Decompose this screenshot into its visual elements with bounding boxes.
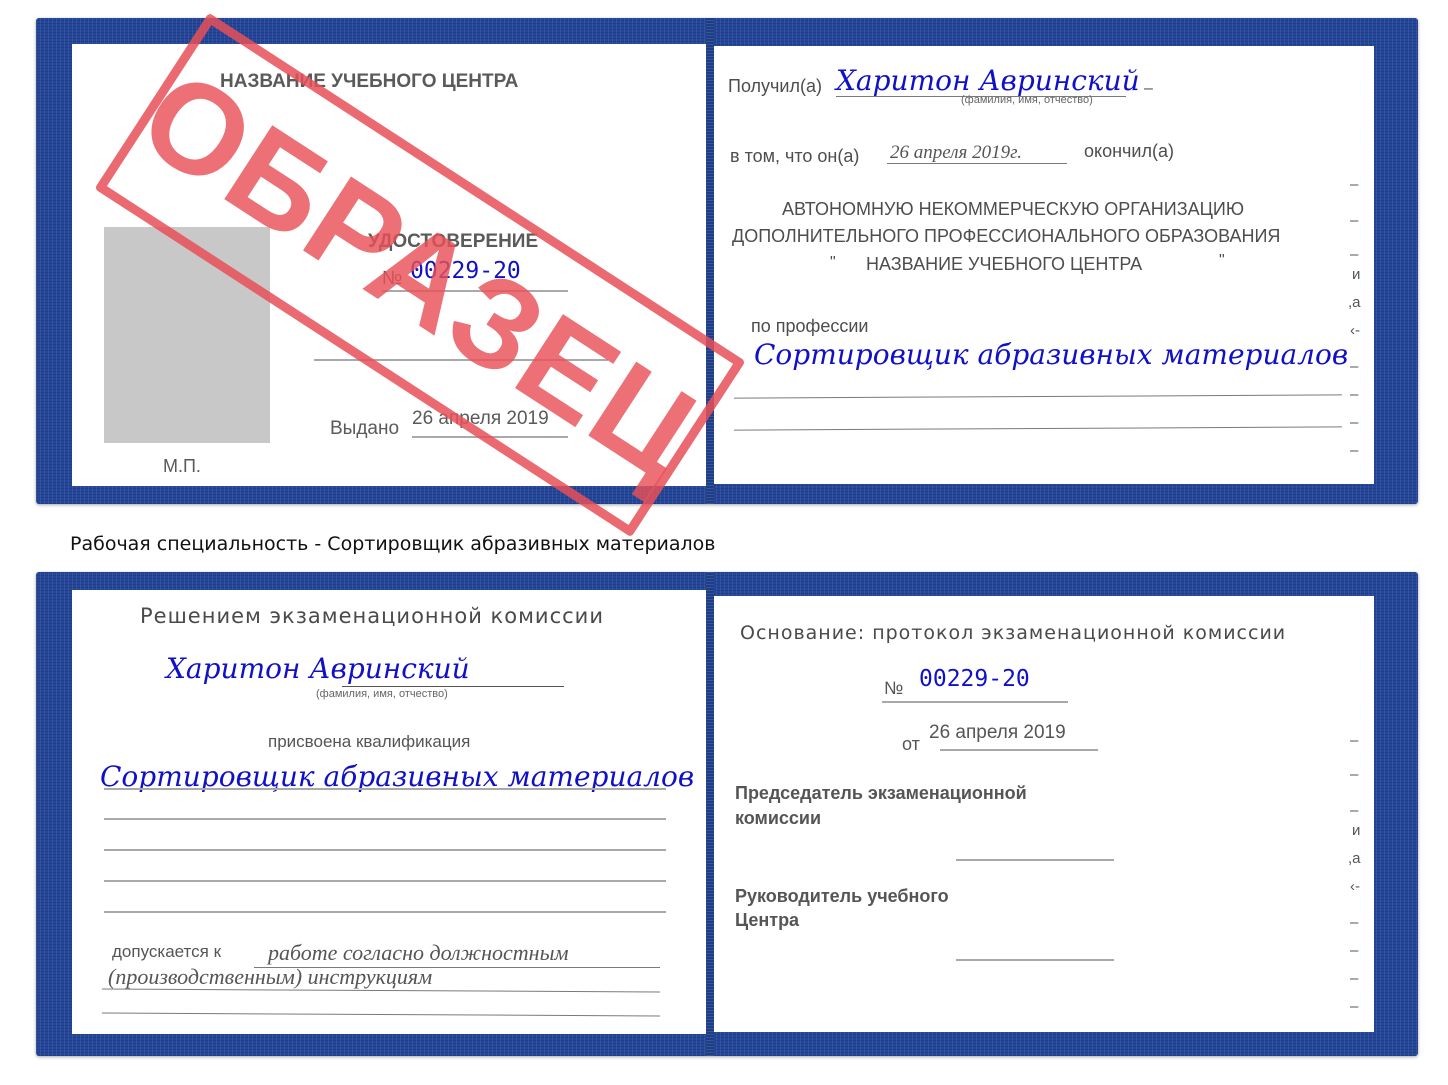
admitted-line-2: (производственным) инструкциям xyxy=(108,964,432,990)
org-line-3-open-quote: " xyxy=(830,254,836,272)
qualification-underline-3 xyxy=(104,849,666,851)
profession-underline-1 xyxy=(734,394,1342,398)
bottom-left-page: Решением экзаменационной комиссии Харито… xyxy=(72,590,706,1034)
protocol-number: 00229-20 xyxy=(919,666,1030,692)
profession-underline-2 xyxy=(734,426,1342,430)
received-label: Получил(а) xyxy=(728,76,822,97)
chairman-signature-line xyxy=(956,859,1114,861)
head-signature-line xyxy=(956,959,1114,961)
qualification-label: присвоена квалификация xyxy=(268,732,470,752)
issued-date: 26 апреля 2019 xyxy=(412,408,549,430)
bottom-booklet-spine xyxy=(706,572,714,1056)
org-line-3: НАЗВАНИЕ УЧЕБНОГО ЦЕНТРА xyxy=(866,254,1142,275)
photo-placeholder xyxy=(104,227,270,443)
qualification-underline-2 xyxy=(104,818,666,820)
org-line-3-close-quote: " xyxy=(1219,252,1225,270)
profession-label: по профессии xyxy=(751,316,868,337)
admitted-line-1: работе согласно должностным xyxy=(268,940,569,966)
org-line-1: АВТОНОМНУЮ НЕКОММЕРЧЕСКУЮ ОРГАНИЗАЦИЮ xyxy=(782,199,1244,220)
chairman-label-line-1: Председатель экзаменационной xyxy=(735,783,1027,804)
top-booklet-spine xyxy=(706,18,714,504)
protocol-date-underline xyxy=(940,749,1098,751)
number-underline xyxy=(382,290,568,292)
bottom-right-page: Основание: протокол экзаменационной коми… xyxy=(714,596,1374,1032)
head-label-line-1: Руководитель учебного xyxy=(735,886,949,907)
admitted-label: допускается к xyxy=(112,942,221,962)
finish-date-underline xyxy=(887,163,1067,164)
person-name-underline xyxy=(342,686,564,687)
person-name-hint: (фамилия, имя, отчество) xyxy=(316,688,448,700)
specialty-caption: Рабочая специальность - Сортировщик абра… xyxy=(70,533,715,555)
center-name-heading: НАЗВАНИЕ УЧЕБНОГО ЦЕНТРА xyxy=(220,71,518,93)
protocol-date: 26 апреля 2019 xyxy=(929,722,1066,744)
chairman-label-line-2: комиссии xyxy=(735,808,821,829)
issued-label: Выдано xyxy=(330,418,399,440)
admitted-underline-2 xyxy=(102,989,660,993)
top-right-page: Получил(а) Харитон Авринский – (фамилия,… xyxy=(714,46,1374,484)
that-label: в том, что он(а) xyxy=(730,146,859,167)
qualification-underline-1 xyxy=(104,788,666,790)
certificate-number: 00229-20 xyxy=(410,258,521,284)
number-label: № xyxy=(382,268,402,290)
profession-value: Сортировщик абразивных материалов xyxy=(754,338,1348,371)
protocol-date-label: от xyxy=(902,734,920,755)
qualification-underline-5 xyxy=(104,911,666,913)
blank-underline xyxy=(314,359,608,361)
protocol-number-label: № xyxy=(884,678,903,699)
basis-title: Основание: протокол экзаменационной коми… xyxy=(740,622,1286,644)
certificate-title: УДОСТОВЕРЕНИЕ xyxy=(368,231,538,253)
issued-underline xyxy=(412,436,568,438)
finish-date: 26 апреля 2019г. xyxy=(890,142,1022,164)
qualification-underline-4 xyxy=(104,880,666,882)
org-line-2: ДОПОЛНИТЕЛЬНОГО ПРОФЕССИОНАЛЬНОГО ОБРАЗО… xyxy=(732,226,1280,247)
head-label-line-2: Центра xyxy=(735,910,799,931)
received-dash: – xyxy=(1144,80,1153,98)
decision-title: Решением экзаменационной комиссии xyxy=(140,604,604,628)
seal-label: М.П. xyxy=(163,456,201,477)
protocol-number-underline xyxy=(882,701,1068,703)
finished-label: окончил(а) xyxy=(1084,141,1174,162)
received-name-hint: (фамилия, имя, отчество) xyxy=(961,94,1093,106)
top-left-page: НАЗВАНИЕ УЧЕБНОГО ЦЕНТРА УДОСТОВЕРЕНИЕ №… xyxy=(72,44,706,486)
received-name: Харитон Авринский xyxy=(836,64,1140,97)
person-name: Харитон Авринский xyxy=(166,652,470,685)
admitted-underline-3 xyxy=(102,1013,660,1017)
